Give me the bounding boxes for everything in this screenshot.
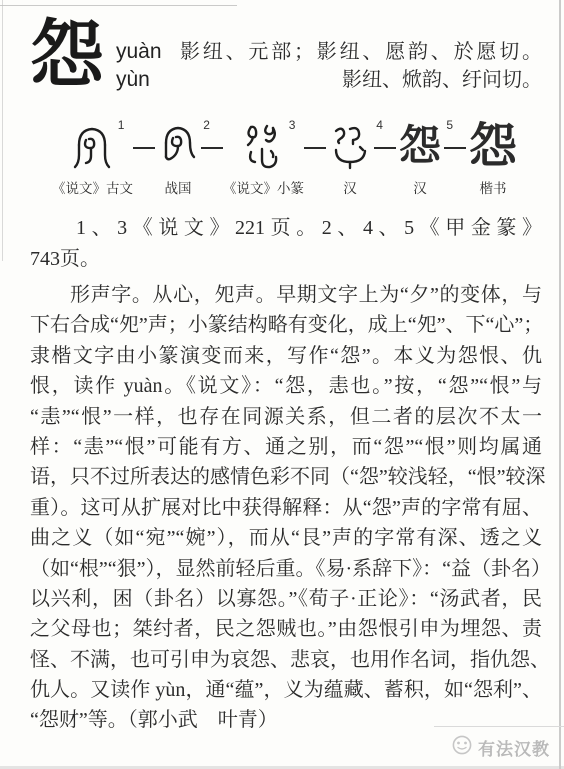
phonology-yun: 影纽、焮韵、纡问切。 — [180, 66, 542, 94]
source-reference: 1、3《说文》221页。2、4、5《甲金篆》 743页。 — [30, 213, 542, 275]
evolution-form-6: 怨 楷书 — [466, 120, 520, 197]
form-label: 《说文》小篆 — [223, 177, 304, 197]
readings-block: yuàn 影纽、元部；影纽、愿韵、於愿切。 yùn 影纽、焮韵、纡问切。 — [116, 14, 542, 98]
etymology-paragraph: 形声字。从心，夗声。早期文字上为“夕”的变体，与 下右合成“夗”声；小篆结构略有… — [30, 280, 542, 736]
scan-edge-top — [0, 5, 237, 6]
scan-edge-right — [559, 0, 561, 769]
form-label: 楷书 — [480, 177, 507, 197]
pinyin-yuan: yuàn — [116, 38, 180, 66]
form-label: 《说文》古文 — [52, 177, 133, 197]
script-evolution-strip: 1 《说文》古文 2 战国 — [30, 120, 542, 197]
kaishu-glyph: 怨 — [466, 120, 520, 174]
body-line: 下右合成“夗”声；小篆结构略有变化，成上“夗”、下“心”； — [30, 310, 542, 340]
form-number: 2 — [203, 118, 210, 132]
evolution-connector-dash — [304, 147, 326, 149]
scan-line-bottom-right — [434, 726, 564, 727]
seal-glyph-shuowen-guwen-icon: 1 — [69, 120, 115, 174]
reading-row-yun: yùn 影纽、焮韵、纡问切。 — [116, 66, 542, 94]
form-number: 3 — [289, 118, 296, 132]
reference-line-2: 743页。 — [30, 244, 542, 275]
reading-row-yuan: yuàn 影纽、元部；影纽、愿韵、於愿切。 — [116, 38, 542, 66]
body-line: 以兴利，困（卦名）以寡怨。”《荀子·正论》：“汤武者，民 — [30, 584, 542, 614]
dictionary-page: 怨 yuàn 影纽、元部；影纽、愿韵、於愿切。 yùn 影纽、焮韵、纡问切。 — [0, 0, 564, 769]
body-line: 之父母也；桀纣者，民之怨贼也。”由怨恨引申为埋怨、责 — [30, 614, 542, 644]
evolution-form-2: 2 战国 — [155, 120, 201, 197]
form-number: 4 — [376, 118, 383, 132]
body-line: 样：“恚”“恨”可能有方、通之别，而“怨”“恨”则均属通 — [30, 432, 542, 462]
seal-glyph-shuowen-xiaozhuan-icon: 3 — [240, 120, 286, 174]
body-line: 怪、不满，也可引申为哀怨、悲哀，也用作名词，指仇怨、 — [30, 645, 542, 675]
evolution-form-1: 1 《说文》古文 — [52, 120, 133, 197]
body-line: 恨，读作 yuàn。《说文》：“怨，恚也。”按，“怨”“恨”与 — [30, 371, 542, 401]
form-number: 5 — [446, 118, 453, 132]
reference-line-1: 1、3《说文》221页。2、4、5《甲金篆》 — [30, 213, 542, 244]
body-line: 仇人。又读作 yùn，通“蕴”，义为蕴藏、蓄积，如“怨利”、 — [30, 675, 542, 705]
seal-glyph-han-icon: 4 — [326, 120, 374, 174]
body-line: 曲之义（如“宛”“婉”），而从“艮”声的字常有深、透之义 — [30, 523, 542, 553]
body-line: 重）。这可从扩展对比中获得解释：从“怨”声的字常有屈、 — [30, 493, 542, 523]
seal-glyph-warring-states-icon: 2 — [155, 120, 201, 174]
evolution-connector-dash — [374, 147, 396, 149]
entry-header: 怨 yuàn 影纽、元部；影纽、愿韵、於愿切。 yùn 影纽、焮韵、纡问切。 — [30, 14, 542, 98]
body-line: （如“根”“狠”），显然前轻后重。《易·系辞下》：“益（卦名） — [30, 554, 542, 584]
form-label: 汉 — [343, 177, 357, 197]
scan-edge-left — [2, 0, 3, 261]
form-number: 1 — [118, 118, 125, 132]
body-line: 隶楷文字由小篆演变而来，写作“怨”。本义为怨恨、仇 — [30, 341, 542, 371]
form-label: 战国 — [164, 177, 191, 197]
evolution-connector-dash — [201, 147, 223, 149]
evolution-form-4: 4 汉 — [326, 120, 374, 197]
body-line: 形声字。从心，夗声。早期文字上为“夕”的变体，与 — [30, 280, 542, 310]
evolution-form-5: 怨 5 汉 — [396, 120, 444, 197]
evolution-form-3: 3 《说文》小篆 — [223, 120, 304, 197]
body-line: “恚”“恨”一样，也存在同源关系，但二者的层次不太一 — [30, 402, 542, 432]
page-content: 怨 yuàn 影纽、元部；影纽、愿韵、於愿切。 yùn 影纽、焮韵、纡问切。 — [0, 0, 564, 736]
watermark: 有法汉教 — [451, 734, 550, 761]
watermark-logo-icon — [451, 734, 473, 761]
clerical-glyph-han: 怨 5 — [396, 120, 444, 174]
headword-character: 怨 — [30, 14, 116, 98]
body-line: 语，只不过所表达的感情色彩不同（“怨”较浅轻，“恨”较深 — [30, 462, 542, 492]
phonology-yuan: 影纽、元部；影纽、愿韵、於愿切。 — [180, 38, 542, 66]
evolution-connector-dash — [133, 147, 155, 149]
body-line: “怨财”等。（郭小武 叶青） — [30, 705, 542, 735]
form-label: 汉 — [413, 177, 427, 197]
watermark-label: 有法汉教 — [478, 735, 550, 760]
evolution-connector-dash — [444, 147, 466, 149]
pinyin-yun: yùn — [116, 66, 180, 94]
